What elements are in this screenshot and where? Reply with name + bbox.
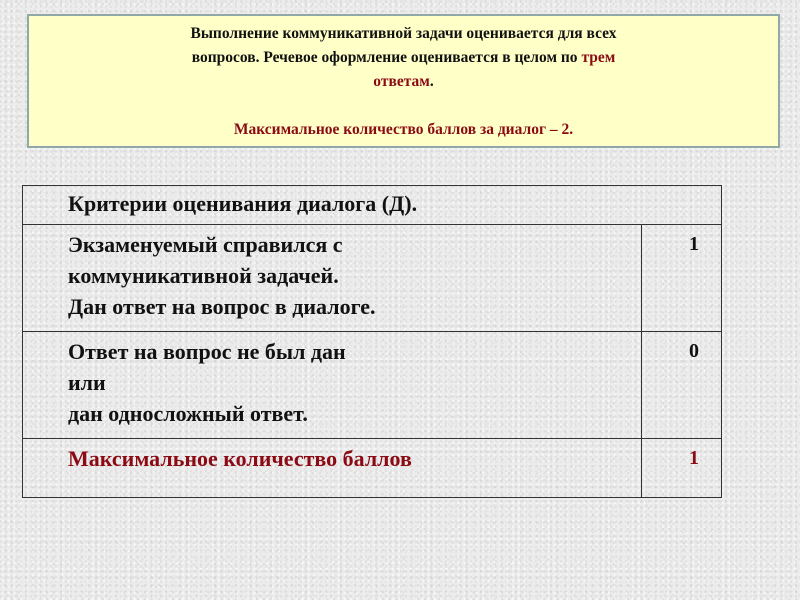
criterion-score: 1 xyxy=(642,225,722,332)
note-max-score: Максимальное количество баллов за диалог… xyxy=(29,118,778,142)
note-highlight-answers: ответам xyxy=(373,73,430,90)
note-line-2: вопросов. Речевое оформление оценивается… xyxy=(29,46,778,70)
max-score-label: Максимальное количество баллов xyxy=(23,439,642,498)
criterion-text: Ответ на вопрос не был дан или дан однос… xyxy=(23,332,642,439)
criteria-table: Критерии оценивания диалога (Д). Экзамен… xyxy=(22,185,722,498)
criterion-score: 0 xyxy=(642,332,722,439)
note-spacer xyxy=(29,94,778,118)
table-header-row: Критерии оценивания диалога (Д). xyxy=(23,186,722,225)
note-line-3: ответам. xyxy=(29,70,778,94)
note-line-2-text: вопросов. Речевое оформление оценивается… xyxy=(192,49,582,66)
criterion-line: Экзаменуемый справился с xyxy=(68,229,641,260)
criterion-line: Дан ответ на вопрос в диалоге. xyxy=(68,291,641,322)
table-header-cell: Критерии оценивания диалога (Д). xyxy=(23,186,722,225)
criterion-line: или xyxy=(68,367,641,398)
table-row: Экзаменуемый справился с коммуникативной… xyxy=(23,225,722,332)
max-score-value: 1 xyxy=(642,439,722,498)
note-highlight-three: трем xyxy=(581,49,615,66)
criterion-line: Ответ на вопрос не был дан xyxy=(68,336,641,367)
scoring-note-box: Выполнение коммуникативной задачи оценив… xyxy=(27,14,780,148)
criterion-line: коммуникативной задачей. xyxy=(68,260,641,291)
note-line-1: Выполнение коммуникативной задачи оценив… xyxy=(29,22,778,46)
criterion-line: дан односложный ответ. xyxy=(68,398,641,429)
note-line-3-suffix: . xyxy=(430,73,434,90)
criterion-text: Экзаменуемый справился с коммуникативной… xyxy=(23,225,642,332)
table-max-row: Максимальное количество баллов 1 xyxy=(23,439,722,498)
table-row: Ответ на вопрос не был дан или дан однос… xyxy=(23,332,722,439)
